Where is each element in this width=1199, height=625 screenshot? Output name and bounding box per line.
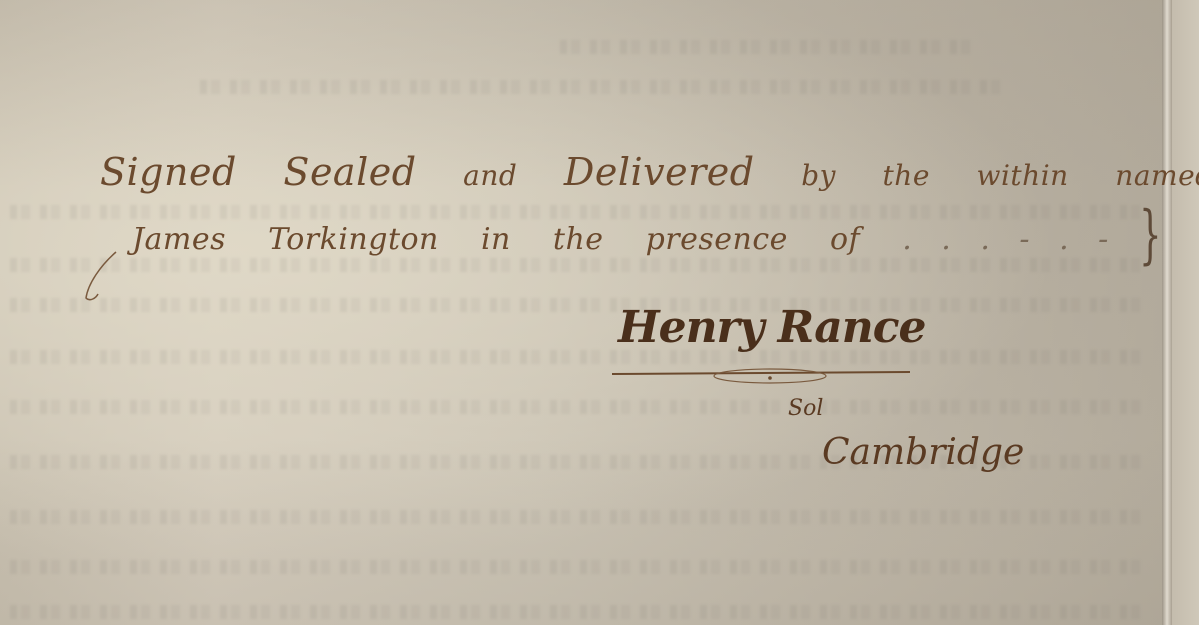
bleed-through-line — [10, 560, 1150, 574]
bleed-through-line — [10, 510, 1150, 524]
word: in — [481, 222, 511, 257]
bleed-through-line — [10, 400, 1150, 414]
signature-place: Cambridge — [822, 432, 1024, 473]
word: Sealed — [283, 150, 416, 194]
adjacent-page-edge — [1172, 0, 1199, 625]
word: by — [801, 159, 836, 192]
word: Delivered — [564, 150, 755, 194]
attestation-line-1: Signed Sealed and Delivered by the withi… — [100, 150, 1199, 194]
word: James — [132, 222, 226, 257]
word: presence — [646, 222, 788, 257]
signature-name: Henry Rance — [618, 302, 925, 353]
word: Torkington — [268, 222, 439, 257]
bleed-through-line — [10, 205, 1150, 219]
word: within — [977, 159, 1069, 192]
bleed-through-line — [10, 350, 1150, 364]
bleed-through-line — [200, 80, 1000, 94]
trailing-dots: . . . - . - — [902, 222, 1118, 257]
attestation-line-2: James Torkington in the presence of . . … — [132, 222, 1118, 257]
word: and — [463, 159, 517, 192]
word: named — [1115, 159, 1199, 192]
signature-title: Sol — [788, 396, 823, 421]
bleed-through-line — [560, 40, 980, 54]
bleed-through-line — [10, 258, 1150, 272]
bleed-through-line — [10, 605, 1150, 619]
signature-flourish — [610, 362, 930, 388]
word: Signed — [100, 150, 237, 194]
pen-stroke — [80, 248, 120, 304]
word: the — [883, 159, 930, 192]
curly-brace: } — [1139, 198, 1161, 272]
word: of — [830, 222, 860, 257]
word: the — [553, 222, 604, 257]
page-fold — [1162, 0, 1172, 625]
bleed-through-line — [10, 298, 1150, 312]
